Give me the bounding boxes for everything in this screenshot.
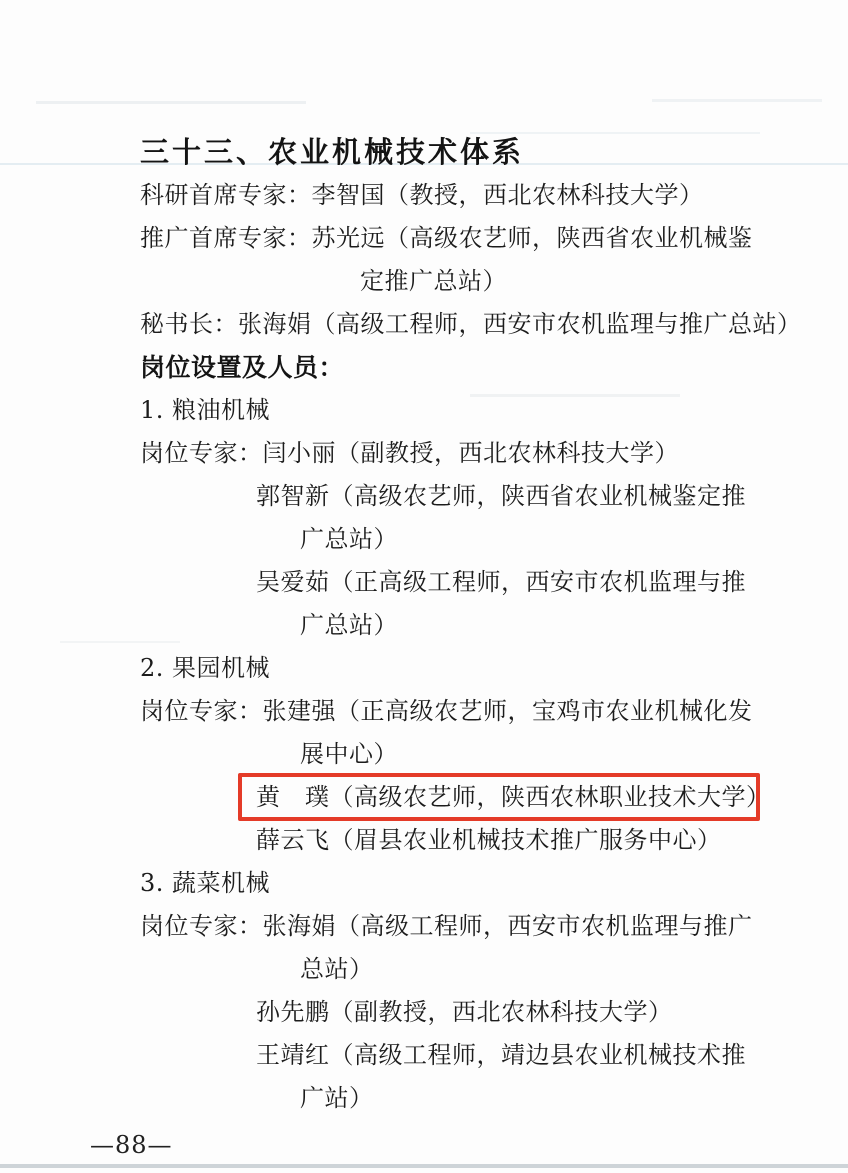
list-item-1: 1. 粮油机械 (140, 389, 800, 432)
text-line-expert: 郭智新（高级农艺师，陕西省农业机械鉴定推 (256, 475, 800, 518)
list-item-3: 3. 蔬菜机械 (140, 862, 800, 905)
text-line-wrap: 展中心） (300, 733, 800, 776)
text-line-wrap: 总站） (300, 948, 800, 991)
list-item-2: 2. 果园机械 (140, 647, 800, 690)
page-number: —88— (90, 1131, 173, 1159)
text-line-expert: 岗位专家：张建强（正高级农艺师，宝鸡市农业机械化发 (140, 690, 800, 733)
document-body: 三十三、农业机械技术体系 科研首席专家：李智国（教授，西北农林科技大学） 推广首… (140, 131, 800, 1120)
subheading-positions: 岗位设置及人员： (140, 346, 800, 389)
scan-artifact (0, 1164, 848, 1168)
text-line-expert: 吴爱茹（正高级工程师，西安市农机监理与推 (256, 561, 800, 604)
text-line-wrap: 广总站） (300, 518, 800, 561)
text-line-expert-highlighted: 黄 璞（高级农艺师，陕西农林职业技术大学） (256, 776, 800, 819)
scan-artifact (652, 99, 822, 102)
text-line-chief-research: 科研首席专家：李智国（教授，西北农林科技大学） (140, 174, 800, 217)
text-line-expert: 岗位专家：闫小丽（副教授，西北农林科技大学） (140, 432, 800, 475)
text-line-wrap: 定推广总站） (360, 260, 800, 303)
scan-artifact (36, 101, 306, 104)
scanned-document-page: { "document": { "heading": "三十三、农业机械技术体系… (0, 0, 848, 1173)
text-line-expert: 王靖红（高级工程师，靖边县农业机械技术推 (256, 1034, 800, 1077)
text-line-secretary: 秘书长：张海娟（高级工程师，西安市农机监理与推广总站） (140, 303, 800, 346)
text-line-expert: 孙先鹏（副教授，西北农林科技大学） (256, 991, 800, 1034)
section-heading: 三十三、农业机械技术体系 (140, 131, 800, 174)
text-line-expert: 薛云飞（眉县农业机械技术推广服务中心） (256, 819, 800, 862)
text-line-wrap: 广站） (300, 1077, 800, 1120)
text-line-wrap: 广总站） (300, 604, 800, 647)
text-line-chief-extension: 推广首席专家：苏光远（高级农艺师，陕西省农业机械鉴 (140, 217, 800, 260)
text-line-expert: 岗位专家：张海娟（高级工程师，西安市农机监理与推广 (140, 905, 800, 948)
